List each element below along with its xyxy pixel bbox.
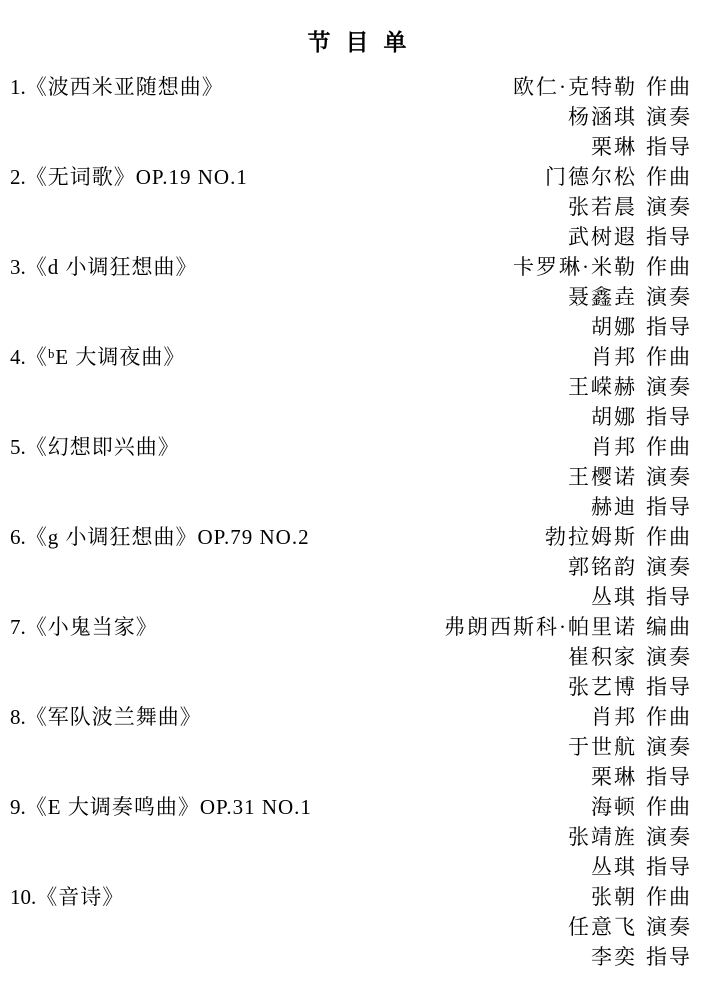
item-line-2: 张靖旌演奏 [0,822,714,852]
piece: 6.《g 小调狂想曲》OP.79 NO.2 [0,522,310,552]
credit-role: 作曲 [646,75,692,99]
credit-performer: 聂鑫垚演奏 [568,282,714,312]
piece: 4.《ᵇE 大调夜曲》 [0,342,185,372]
credit-composer: 弗朗西斯科·帕里诺编曲 [444,612,714,642]
credit-name: 王樱诺 [568,465,637,489]
credit-role: 演奏 [646,285,692,309]
credit-instructor: 武树遐指导 [568,222,714,252]
item-line-1: 9.《E 大调奏鸣曲》OP.31 NO.1 海顿作曲 [0,792,714,822]
piece: 7.《小鬼当家》 [0,612,158,642]
piece: 10.《音诗》 [0,882,124,912]
credit-role: 指导 [646,945,692,969]
item-line-2: 聂鑫垚演奏 [0,282,714,312]
item-line-1: 1.《波西米亚随想曲》 欧仁·克特勒作曲 [0,72,714,102]
piece-title: 《军队波兰舞曲》 [26,705,202,729]
piece-title: 《ᵇE 大调夜曲》 [26,345,186,369]
credit-role: 指导 [646,225,692,249]
credit-performer: 于世航演奏 [568,732,714,762]
credit-role: 指导 [646,135,692,159]
credit-role: 演奏 [646,915,692,939]
credit-composer: 海顿作曲 [591,792,714,822]
credit-name: 于世航 [568,735,637,759]
credit-name: 丛琪 [591,585,637,609]
credit-performer: 崔积家演奏 [568,642,714,672]
program-page: 节目单 1.《波西米亚随想曲》 欧仁·克特勒作曲 杨涵琪演奏 栗琳指导 [0,0,714,986]
credit-performer: 郭铭韵演奏 [568,552,714,582]
credit-instructor: 栗琳指导 [591,762,714,792]
credit-role: 指导 [646,585,692,609]
item-number: 6. [10,525,26,549]
credit-role: 演奏 [646,195,692,219]
credit-composer: 卡罗琳·米勒作曲 [513,252,714,282]
item-line-1: 7.《小鬼当家》 弗朗西斯科·帕里诺编曲 [0,612,714,642]
credit-name: 海顿 [591,795,637,819]
item-line-3: 赫迪指导 [0,492,714,522]
credit-name: 杨涵琪 [568,105,637,129]
credit-name: 肖邦 [591,435,637,459]
item-line-1: 6.《g 小调狂想曲》OP.79 NO.2 勃拉姆斯作曲 [0,522,714,552]
credit-role: 作曲 [646,795,692,819]
credit-performer: 王嵘赫演奏 [568,372,714,402]
credit-name: 栗琳 [591,135,637,159]
credit-instructor: 赫迪指导 [591,492,714,522]
item-line-3: 胡娜指导 [0,402,714,432]
item-line-2: 王樱诺演奏 [0,462,714,492]
item-line-2: 杨涵琪演奏 [0,102,714,132]
credit-instructor: 栗琳指导 [591,132,714,162]
item-line-3: 武树遐指导 [0,222,714,252]
item-line-3: 丛琪指导 [0,852,714,882]
credit-composer: 门德尔松作曲 [545,162,714,192]
program-item: 7.《小鬼当家》 弗朗西斯科·帕里诺编曲 崔积家演奏 张艺博指导 [0,612,714,702]
piece-title: 《小鬼当家》 [26,615,158,639]
item-line-3: 栗琳指导 [0,762,714,792]
item-line-2: 郭铭韵演奏 [0,552,714,582]
credit-name: 门德尔松 [545,165,637,189]
item-number: 10. [10,885,36,909]
credit-role: 作曲 [646,345,692,369]
item-number: 9. [10,795,26,819]
credit-name: 聂鑫垚 [568,285,637,309]
credit-role: 编曲 [646,615,692,639]
item-line-2: 任意飞演奏 [0,912,714,942]
piece-title: 《幻想即兴曲》 [26,435,180,459]
item-number: 4. [10,345,26,369]
credit-role: 演奏 [646,645,692,669]
credit-role: 指导 [646,675,692,699]
credit-role: 演奏 [646,825,692,849]
program-item: 10.《音诗》 张朝作曲 任意飞演奏 李奕指导 [0,882,714,972]
piece-title: 《d 小调狂想曲》 [26,255,198,279]
credit-name: 张若晨 [568,195,637,219]
program-item: 1.《波西米亚随想曲》 欧仁·克特勒作曲 杨涵琪演奏 栗琳指导 [0,72,714,162]
credit-role: 作曲 [646,885,692,909]
credit-role: 演奏 [646,375,692,399]
credit-role: 演奏 [646,735,692,759]
piece-title: 《无词歌》OP.19 NO.1 [26,165,248,189]
credit-performer: 任意飞演奏 [568,912,714,942]
credit-role: 作曲 [646,255,692,279]
item-line-1: 3.《d 小调狂想曲》 卡罗琳·米勒作曲 [0,252,714,282]
credit-role: 演奏 [646,105,692,129]
credit-role: 指导 [646,765,692,789]
item-line-3: 张艺博指导 [0,672,714,702]
credit-role: 指导 [646,405,692,429]
credit-composer: 欧仁·克特勒作曲 [513,72,714,102]
credit-role: 作曲 [646,705,692,729]
credit-role: 指导 [646,495,692,519]
piece: 3.《d 小调狂想曲》 [0,252,198,282]
credit-name: 郭铭韵 [568,555,637,579]
credit-name: 李奕 [591,945,637,969]
credit-composer: 肖邦作曲 [591,702,714,732]
credit-composer: 肖邦作曲 [591,432,714,462]
credit-performer: 张靖旌演奏 [568,822,714,852]
credit-name: 张艺博 [568,675,637,699]
program-item: 6.《g 小调狂想曲》OP.79 NO.2 勃拉姆斯作曲 郭铭韵演奏 丛琪指导 [0,522,714,612]
credit-role: 作曲 [646,165,692,189]
item-number: 3. [10,255,26,279]
credit-name: 胡娜 [591,405,637,429]
item-line-2: 于世航演奏 [0,732,714,762]
item-number: 2. [10,165,26,189]
credit-role: 作曲 [646,525,692,549]
program-item: 5.《幻想即兴曲》 肖邦作曲 王樱诺演奏 赫迪指导 [0,432,714,522]
piece-title: 《波西米亚随想曲》 [26,75,224,99]
credit-name: 赫迪 [591,495,637,519]
credit-instructor: 胡娜指导 [591,402,714,432]
piece-title: 《E 大调奏鸣曲》OP.31 NO.1 [26,795,312,819]
program-item: 4.《ᵇE 大调夜曲》 肖邦作曲 王嵘赫演奏 胡娜指导 [0,342,714,432]
credit-name: 弗朗西斯科·帕里诺 [444,615,637,639]
credit-instructor: 胡娜指导 [591,312,714,342]
credit-composer: 张朝作曲 [591,882,714,912]
credit-name: 张靖旌 [568,825,637,849]
credit-name: 肖邦 [591,345,637,369]
item-line-3: 丛琪指导 [0,582,714,612]
item-line-1: 8.《军队波兰舞曲》 肖邦作曲 [0,702,714,732]
credit-role: 指导 [646,855,692,879]
item-line-2: 崔积家演奏 [0,642,714,672]
credit-name: 丛琪 [591,855,637,879]
credit-performer: 张若晨演奏 [568,192,714,222]
credit-name: 武树遐 [568,225,637,249]
program-item: 9.《E 大调奏鸣曲》OP.31 NO.1 海顿作曲 张靖旌演奏 丛琪指导 [0,792,714,882]
item-line-2: 张若晨演奏 [0,192,714,222]
credit-performer: 王樱诺演奏 [568,462,714,492]
program-item: 8.《军队波兰舞曲》 肖邦作曲 于世航演奏 栗琳指导 [0,702,714,792]
credit-composer: 肖邦作曲 [591,342,714,372]
credit-name: 卡罗琳·米勒 [513,255,637,279]
credit-instructor: 李奕指导 [591,942,714,972]
credit-instructor: 丛琪指导 [591,852,714,882]
credit-instructor: 张艺博指导 [568,672,714,702]
credit-name: 任意飞 [568,915,637,939]
credit-role: 演奏 [646,555,692,579]
piece: 2.《无词歌》OP.19 NO.1 [0,162,248,192]
item-number: 7. [10,615,26,639]
piece: 9.《E 大调奏鸣曲》OP.31 NO.1 [0,792,312,822]
item-line-1: 5.《幻想即兴曲》 肖邦作曲 [0,432,714,462]
item-line-3: 胡娜指导 [0,312,714,342]
item-number: 1. [10,75,26,99]
credit-name: 肖邦 [591,705,637,729]
credit-performer: 杨涵琪演奏 [568,102,714,132]
program-item: 3.《d 小调狂想曲》 卡罗琳·米勒作曲 聂鑫垚演奏 胡娜指导 [0,252,714,342]
item-line-3: 栗琳指导 [0,132,714,162]
credit-name: 栗琳 [591,765,637,789]
piece-title: 《g 小调狂想曲》OP.79 NO.2 [26,525,310,549]
item-number: 5. [10,435,26,459]
credit-name: 勃拉姆斯 [545,525,637,549]
piece: 8.《军队波兰舞曲》 [0,702,202,732]
credit-role: 指导 [646,315,692,339]
page-title: 节目单 [0,0,714,57]
credit-name: 崔积家 [568,645,637,669]
piece: 1.《波西米亚随想曲》 [0,72,224,102]
item-line-1: 4.《ᵇE 大调夜曲》 肖邦作曲 [0,342,714,372]
credit-name: 欧仁·克特勒 [513,75,637,99]
credit-composer: 勃拉姆斯作曲 [545,522,714,552]
program-list: 1.《波西米亚随想曲》 欧仁·克特勒作曲 杨涵琪演奏 栗琳指导 2.《无词歌》O… [0,72,714,972]
credit-role: 演奏 [646,465,692,489]
item-line-3: 李奕指导 [0,942,714,972]
piece: 5.《幻想即兴曲》 [0,432,180,462]
item-line-1: 10.《音诗》 张朝作曲 [0,882,714,912]
credit-instructor: 丛琪指导 [591,582,714,612]
item-line-1: 2.《无词歌》OP.19 NO.1 门德尔松作曲 [0,162,714,192]
credit-name: 张朝 [591,885,637,909]
item-number: 8. [10,705,26,729]
credit-name: 王嵘赫 [568,375,637,399]
piece-title: 《音诗》 [36,885,124,909]
credit-role: 作曲 [646,435,692,459]
program-item: 2.《无词歌》OP.19 NO.1 门德尔松作曲 张若晨演奏 武树遐指导 [0,162,714,252]
credit-name: 胡娜 [591,315,637,339]
item-line-2: 王嵘赫演奏 [0,372,714,402]
